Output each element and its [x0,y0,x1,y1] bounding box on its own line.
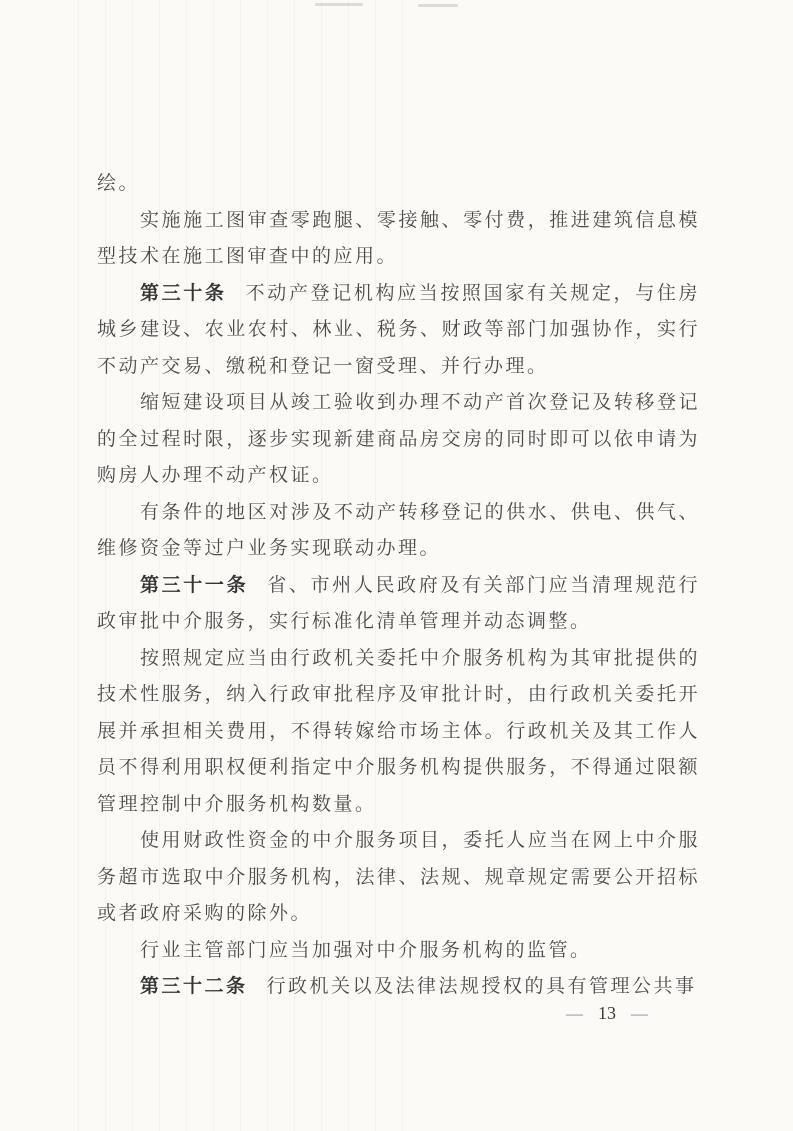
paragraph: 使用财政性资金的中介服务项目，委托人应当在网上中介服务超市选取中介服务机构，法律… [97,823,700,933]
document-body-text: 绘。实施施工图审查零跑腿、零接触、零付费，推进建筑信息模型技术在施工图审查中的应… [97,166,700,1006]
paragraph: 缩短建设项目从竣工验收到办理不动产首次登记及转移登记的全过程时限，逐步实现新建商… [97,385,700,495]
page-number: 13 [598,1003,616,1024]
paragraph: 第三十一条省、市州人民政府及有关部门应当清理规范行政审批中介服务，实行标准化清单… [97,568,700,641]
page-number-left-dash: — [566,1004,583,1024]
scan-artifact-smudge [315,3,363,6]
page-footer: — 13 — [566,1003,648,1024]
article-heading: 第三十一条 [140,575,248,596]
paragraph: 实施施工图审查零跑腿、零接触、零付费，推进建筑信息模型技术在施工图审查中的应用。 [97,203,700,276]
article-heading: 第三十条 [140,283,227,304]
article-heading: 第三十二条 [140,976,248,997]
paragraph: 第三十二条行政机关以及法律法规授权的具有管理公共事 [97,969,700,1006]
paragraph: 第三十条不动产登记机构应当按照国家有关规定，与住房城乡建设、农业农村、林业、税务… [97,276,700,386]
paragraph: 行业主管部门应当加强对中介服务机构的监管。 [97,933,700,970]
paragraph: 有条件的地区对涉及不动产转移登记的供水、供电、供气、维修资金等过户业务实现联动办… [97,495,700,568]
paragraph: 按照规定应当由行政机关委托中介服务机构为其审批提供的技术性服务，纳入行政审批程序… [97,641,700,824]
paragraph: 绘。 [97,166,700,203]
scan-artifact-smudge [418,4,458,7]
scanned-document-page: 绘。实施施工图审查零跑腿、零接触、零付费，推进建筑信息模型技术在施工图审查中的应… [0,0,793,1131]
page-number-right-dash: — [631,1004,648,1024]
